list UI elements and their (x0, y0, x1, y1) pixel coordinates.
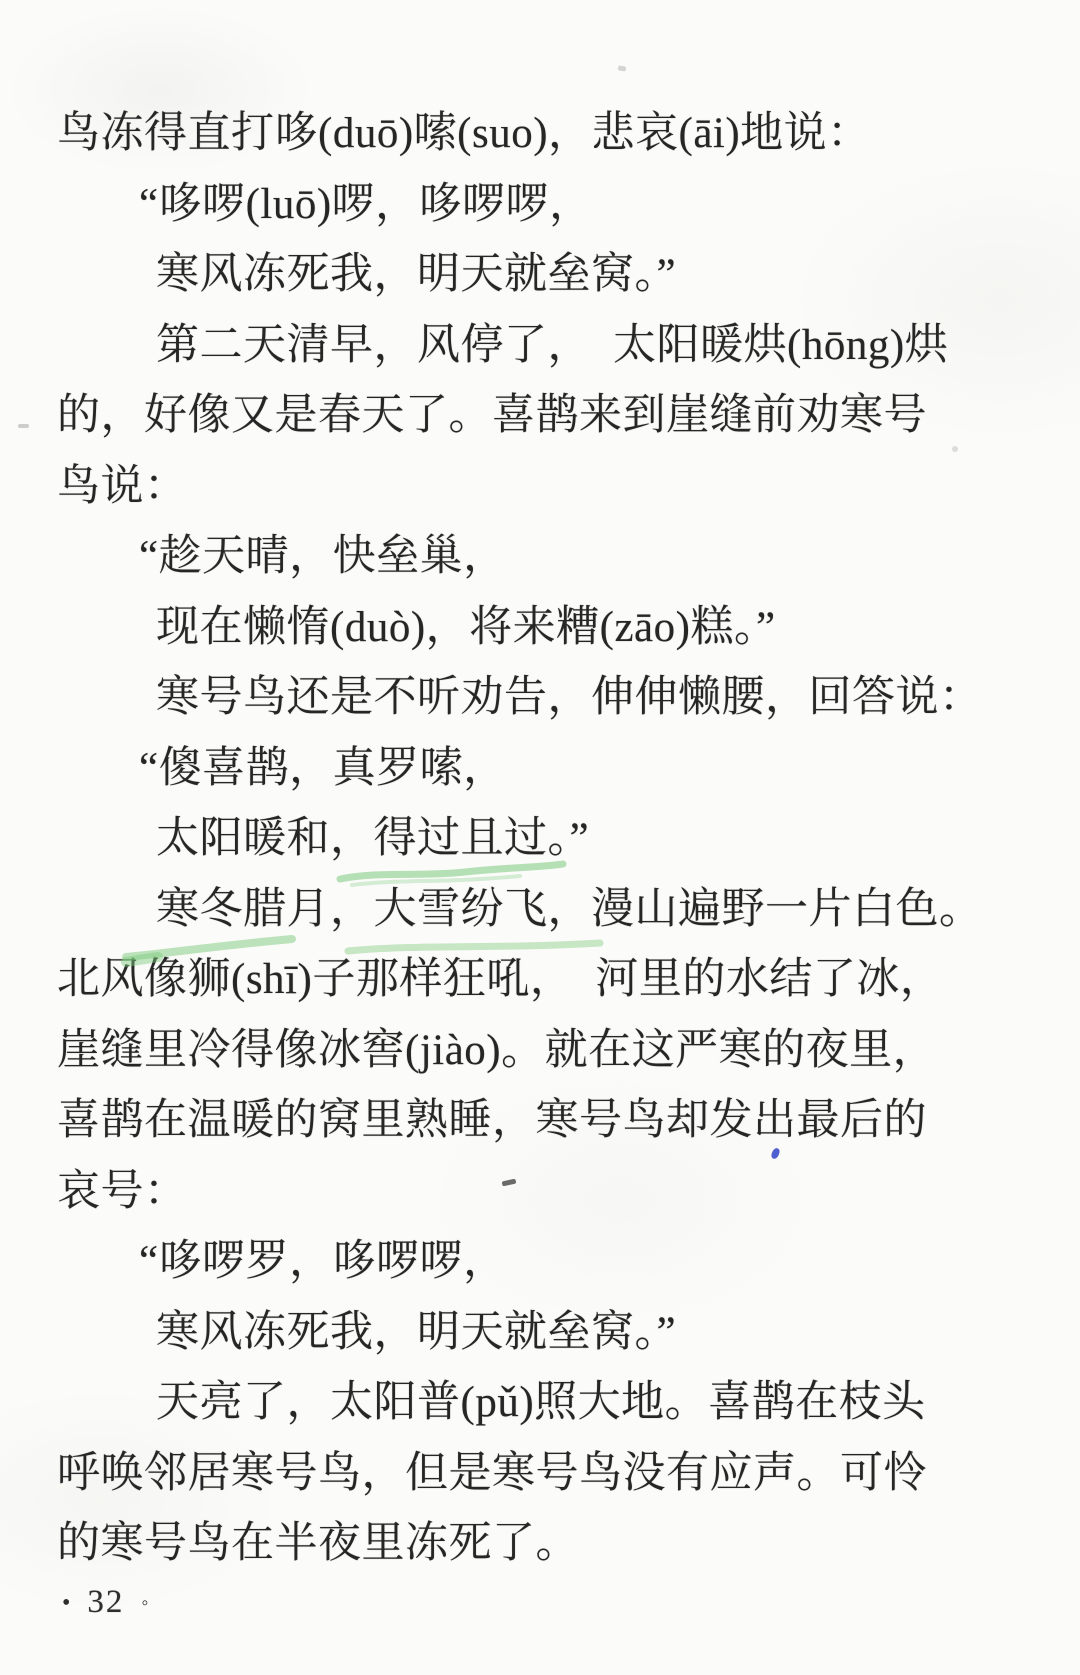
text-line: 寒号鸟还是不听劝告，伸伸懒腰，回答说： (156, 663, 1057, 734)
text-line: 呼唤邻居寒号鸟，但是寒号鸟没有应声。可怜 (57, 1439, 1057, 1510)
page-number: 32 (87, 1586, 124, 1619)
text-line: 寒冬腊月，大雪纷飞，漫山遍野一片白色。 (156, 875, 1057, 946)
book-page: 鸟冻得直打哆(duō)嗦(suo)，悲哀(āi)地说：“哆啰(luō)啰，哆啰啰… (0, 0, 1080, 1675)
text-line: 现在懒惰(duò)，将来糟(zāo)糕。” (156, 593, 1057, 664)
text-line: “哆啰(luō)啰，哆啰啰， (139, 170, 1057, 241)
scan-speck (18, 424, 29, 428)
text-line: 喜鹊在温暖的窝里熟睡，寒号鸟却发出最后的 (57, 1086, 1057, 1157)
text-line: 天亮了，太阳普(pǔ)照大地。喜鹊在枝头 (156, 1368, 1057, 1439)
story-text: 鸟冻得直打哆(duō)嗦(suo)，悲哀(āi)地说：“哆啰(luō)啰，哆啰啰… (57, 99, 1057, 1580)
scan-speck (952, 446, 958, 452)
footer-left-dot: • (62, 1591, 70, 1615)
text-line: 崖缝里冷得像冰窖(jiào)。就在这严寒的夜里， (57, 1016, 1057, 1087)
text-line: 第二天清早，风停了， 太阳暖烘(hōng)烘 (156, 311, 1057, 382)
text-line: 鸟说： (57, 452, 1057, 523)
page-footer: • 32 ◦ (62, 1586, 149, 1619)
text-line: 寒风冻死我，明天就垒窝。” (156, 1298, 1057, 1369)
footer-right-dot: ◦ (141, 1593, 148, 1613)
text-line: 北风像狮(shī)子那样狂吼， 河里的水结了冰， (57, 945, 1057, 1016)
scan-speck (618, 65, 627, 71)
text-line: 鸟冻得直打哆(duō)嗦(suo)，悲哀(āi)地说： (57, 99, 1057, 170)
text-line: 的寒号鸟在半夜里冻死了。 (57, 1509, 1057, 1580)
text-line: “趁天晴，快垒巢， (139, 522, 1057, 593)
text-line: “傻喜鹊，真罗嗦， (139, 734, 1057, 805)
text-line: 哀号： (57, 1157, 1057, 1228)
text-line: “哆啰罗，哆啰啰， (139, 1227, 1057, 1298)
text-line: 太阳暖和，得过且过。” (156, 804, 1057, 875)
text-line: 的，好像又是春天了。喜鹊来到崖缝前劝寒号 (57, 381, 1057, 452)
text-line: 寒风冻死我，明天就垒窝。” (156, 240, 1057, 311)
